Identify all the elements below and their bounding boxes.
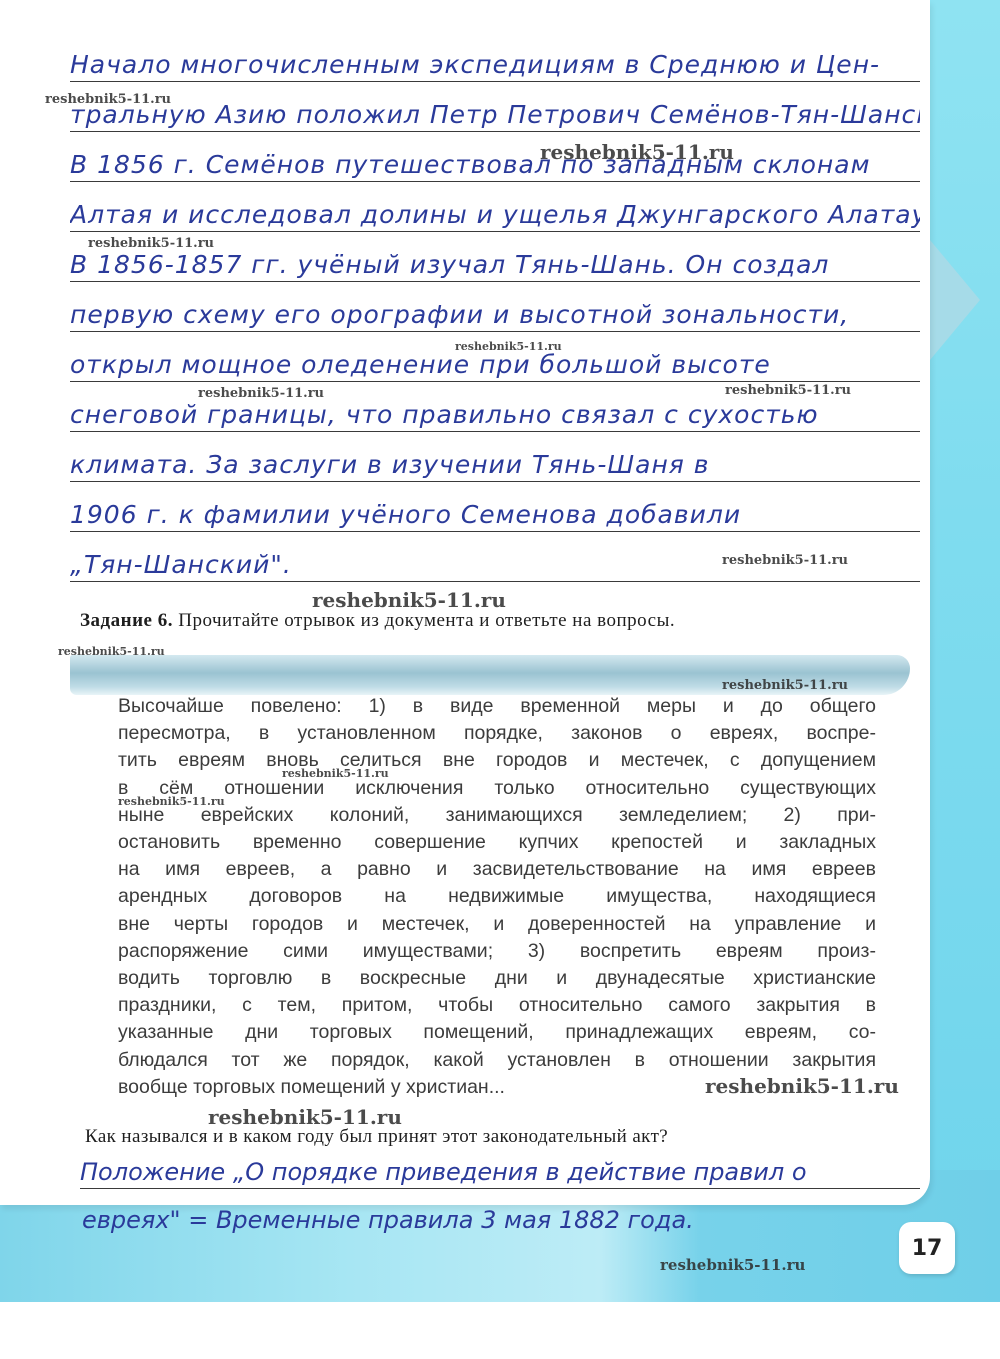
excerpt-line: водить торговлю в воскресные дни и двуна… <box>118 965 876 992</box>
excerpt-line: арендных договоров на недвижимые имущест… <box>118 883 876 910</box>
handwritten-line: климата. За заслуги в изучении Тянь-Шаня… <box>70 436 920 482</box>
watermark: reshebnik5-11.ru <box>312 588 506 612</box>
handwritten-line: тральную Азию положил Петр Петрович Семё… <box>70 86 920 132</box>
watermark: reshebnik5-11.ru <box>282 767 389 780</box>
page-number: 17 <box>899 1222 955 1274</box>
handwritten-line: первую схему его орографии и высотной зо… <box>70 286 920 332</box>
watermark: reshebnik5-11.ru <box>455 340 562 353</box>
watermark: reshebnik5-11.ru <box>198 386 324 401</box>
decorative-triangle <box>930 240 980 360</box>
watermark: reshebnik5-11.ru <box>725 383 851 398</box>
watermark: reshebnik5-11.ru <box>88 236 214 251</box>
watermark: reshebnik5-11.ru <box>722 553 848 568</box>
task-heading: Задание 6. Прочитайте отрывок из докумен… <box>80 610 940 632</box>
excerpt-line: ныне еврейских колоний, занимающихся зем… <box>118 802 876 829</box>
watermark: reshebnik5-11.ru <box>660 1256 805 1274</box>
excerpt-line: пересмотра, в установленном порядке, зак… <box>118 720 876 747</box>
handwritten-line: 1906 г. к фамилии учёного Семенова добав… <box>70 486 920 532</box>
excerpt-line: в сём отношении исключения только относи… <box>118 775 876 802</box>
excerpt-line: блюдался тот же порядок, какой установле… <box>118 1047 876 1074</box>
task-label: Задание 6. <box>80 610 173 631</box>
excerpt-line: остановить временно совершение купчих кр… <box>118 829 876 856</box>
answer-line: евреях" = Временные правила 3 мая 1882 г… <box>82 1192 862 1236</box>
excerpt-line: распоряжение сими имуществами; 3) воспре… <box>118 938 876 965</box>
document-excerpt: Высочайше повелено: 1) в виде временной … <box>118 693 876 1101</box>
answer-line: Положение „О порядке приведения в действ… <box>80 1145 920 1189</box>
excerpt-line: указанные дни торговых помещений, принад… <box>118 1019 876 1046</box>
excerpt-line: Высочайше повелено: 1) в виде временной … <box>118 693 876 720</box>
decorative-blue-margin <box>930 0 1000 1300</box>
watermark: reshebnik5-11.ru <box>722 678 848 693</box>
excerpt-line: тить евреям вновь селиться вне городов и… <box>118 747 876 774</box>
watermark: reshebnik5-11.ru <box>705 1074 899 1098</box>
handwritten-line: Начало многочисленным экспедициям в Сред… <box>70 36 920 82</box>
watermark: reshebnik5-11.ru <box>118 795 225 808</box>
watermark: reshebnik5-11.ru <box>208 1105 402 1129</box>
handwritten-line: В 1856 г. Семёнов путешествовал по запад… <box>70 136 920 182</box>
excerpt-line: на имя евреев, а равно и засвидетельство… <box>118 856 876 883</box>
watermark: reshebnik5-11.ru <box>58 645 165 658</box>
excerpt-line: вне черты городов и местечек, и доверенн… <box>118 911 876 938</box>
handwritten-line: Алтая и исследовал долины и ущелья Джунг… <box>70 186 920 232</box>
excerpt-line: праздники, с тем, притом, чтобы относите… <box>118 992 876 1019</box>
task-instruction: Прочитайте отрывок из документа и ответь… <box>178 610 675 631</box>
watermark: reshebnik5-11.ru <box>45 92 171 107</box>
watermark: reshebnik5-11.ru <box>540 140 734 164</box>
